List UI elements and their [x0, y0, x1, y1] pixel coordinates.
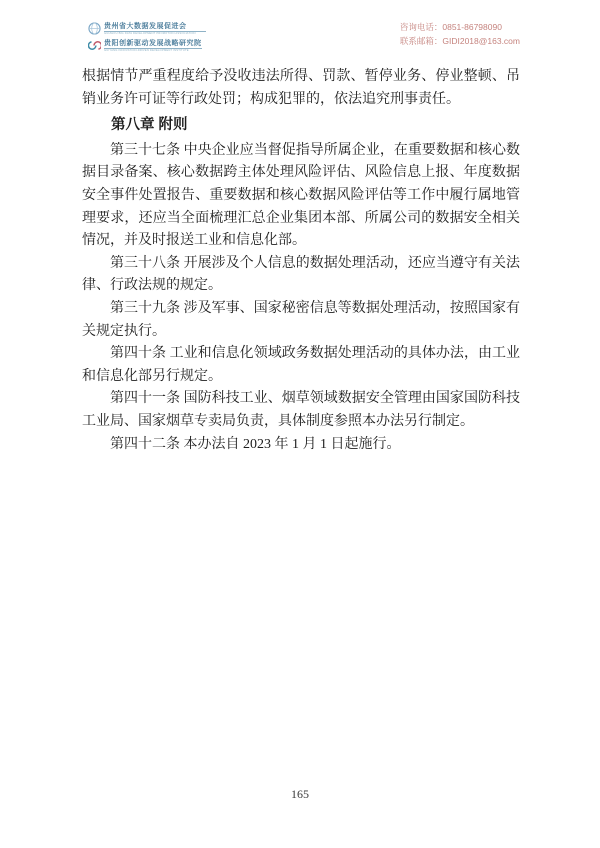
institute-logo-text: 贵阳创新驱动发展战略研究院 GUIYANG INNOVATION-DRIVEN … [104, 40, 202, 52]
phone-label: 咨询电话： [400, 22, 443, 32]
chapter-heading: 第八章 附则 [82, 114, 520, 137]
paragraph: 第四十一条 国防科技工业、烟草领域数据安全管理由国家国防科技工业局、国家烟草专卖… [82, 388, 520, 433]
institute-logo: 贵阳创新驱动发展战略研究院 GUIYANG INNOVATION-DRIVEN … [88, 39, 206, 52]
contact-email: 联系邮箱：GIDI2018@163.com [400, 36, 520, 47]
page-number: 165 [291, 787, 309, 801]
paragraph: 第三十七条 中央企业应当督促指导所属企业，在重要数据和核心数据目录备案、核心数据… [82, 140, 520, 253]
association-logo-text: 贵州省大数据发展促进会 GUIZHOU BIG DATA DEVELOPMENT… [104, 23, 206, 35]
contact-block: 咨询电话：0851-86798090 联系邮箱：GIDI2018@163.com [400, 22, 520, 46]
paragraph: 第四十条 工业和信息化领域政务数据处理活动的具体办法，由工业和信息化部另行规定。 [82, 343, 520, 388]
institute-subtext: GUIYANG INNOVATION-DRIVEN DEVELOPMENT IN… [104, 49, 192, 52]
association-logo: 贵州省大数据发展促进会 GUIZHOU BIG DATA DEVELOPMENT… [88, 22, 206, 35]
email-label: 联系邮箱： [400, 36, 443, 46]
institute-swirl-icon [88, 39, 101, 52]
email-value: GIDI2018@163.com [442, 36, 520, 46]
logo-block: 贵州省大数据发展促进会 GUIZHOU BIG DATA DEVELOPMENT… [88, 22, 206, 52]
page-footer: 165 [0, 787, 600, 802]
paragraph: 根据情节严重程度给予没收违法所得、罚款、暂停业务、停业整顿、吊销业务许可证等行政… [82, 66, 520, 111]
contact-phone: 咨询电话：0851-86798090 [400, 22, 502, 33]
association-globe-icon [88, 22, 101, 35]
paragraph: 第三十九条 涉及军事、国家秘密信息等数据处理活动，按照国家有关规定执行。 [82, 298, 520, 343]
paragraph: 第四十二条 本办法自 2023 年 1 月 1 日起施行。 [82, 434, 520, 457]
document-body: 根据情节严重程度给予没收违法所得、罚款、暂停业务、停业整顿、吊销业务许可证等行政… [82, 66, 520, 456]
phone-value: 0851-86798090 [442, 22, 502, 32]
page-header: 贵州省大数据发展促进会 GUIZHOU BIG DATA DEVELOPMENT… [88, 22, 520, 52]
association-subtext: GUIZHOU BIG DATA DEVELOPMENT PROMOTION A… [104, 32, 196, 35]
paragraph: 第三十八条 开展涉及个人信息的数据处理活动，还应当遵守有关法律、行政法规的规定。 [82, 253, 520, 298]
